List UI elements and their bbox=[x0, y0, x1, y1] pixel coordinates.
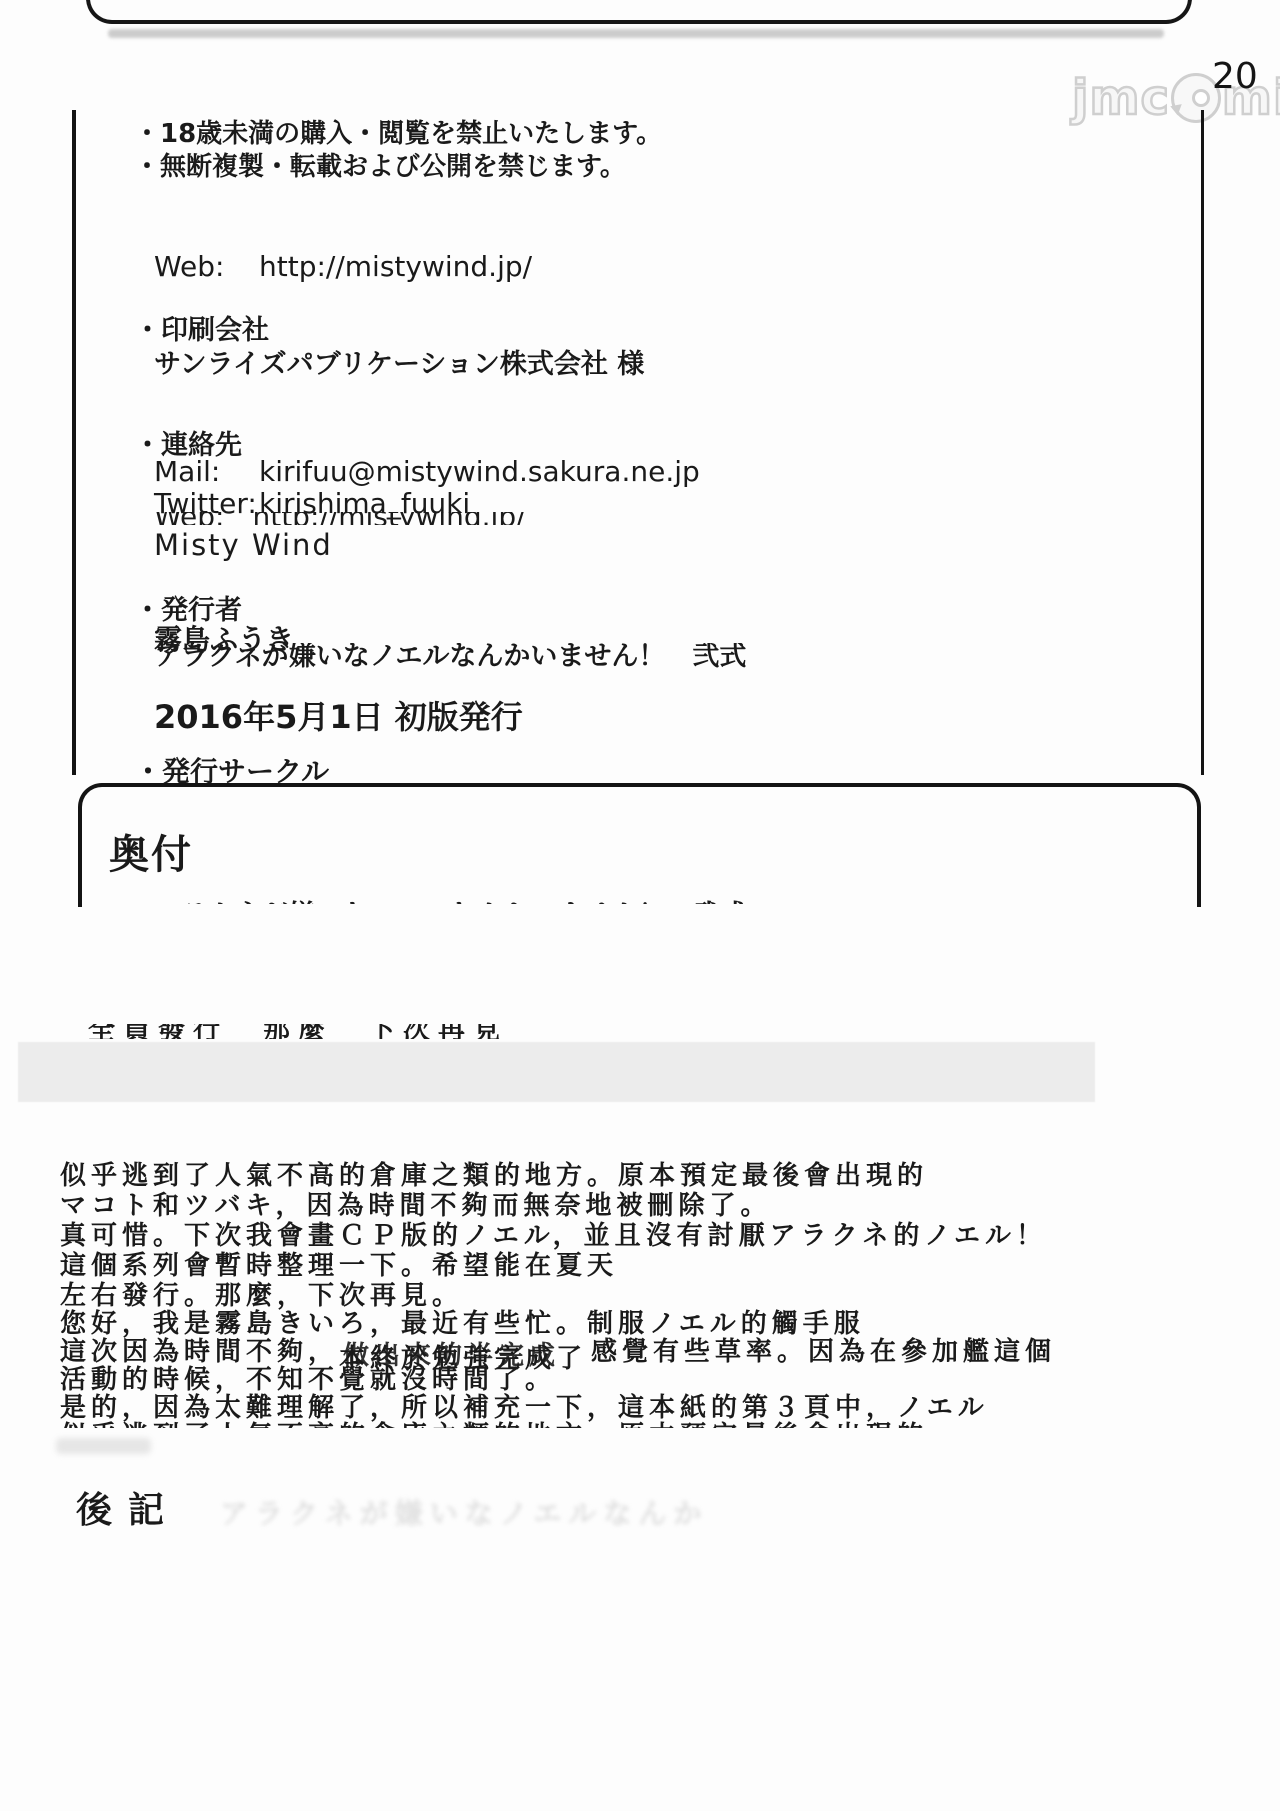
printer-name: サンライズパブリケーション株式会社 様 bbox=[154, 342, 644, 381]
circle-name: Misty Wind bbox=[154, 528, 333, 562]
overlap-suffix: 感覺有些草率。因為在參加艦這個 bbox=[591, 1337, 1056, 1367]
sliced-text-sliver: 全員發行 那麼 下次再見 bbox=[88, 1024, 608, 1039]
erased-ghost-text: アラクネが嫌いなノエルなんか bbox=[220, 1492, 708, 1532]
mail-label: Mail: bbox=[154, 455, 259, 488]
publication-date: 2016年5月1日 初版発行 bbox=[154, 692, 523, 738]
afterword-clipped-line: 似乎逃到了人氣不高的倉庫之類的地方。原本預定最後會出現的 bbox=[60, 1415, 1060, 1428]
top-box-edge-shadow bbox=[108, 29, 1164, 38]
notice-line-copy: ・無断複製・転載および公開を禁じます。 bbox=[134, 146, 626, 183]
okuzuke-heading: 奥付 bbox=[109, 823, 193, 880]
scan-smudge bbox=[56, 1438, 151, 1454]
okuzuke-book-title-clipped: アラクネが嫌いなノエルなんかいません！ 弐式 bbox=[154, 893, 834, 904]
page-number: 20 bbox=[1212, 56, 1258, 97]
top-box-bottom-edge bbox=[86, 0, 1192, 24]
clipped-url-line: Web: http://mistywind.jp/ bbox=[154, 512, 714, 525]
web-label: Web: bbox=[154, 250, 259, 283]
web-row: Web:http://mistywind.jp/ bbox=[154, 250, 532, 283]
mail-row: Mail:kirifuu@mistywind.sakura.ne.jp bbox=[154, 455, 700, 488]
book-title-clipped: アラクネが嫌いなノエルなんかいません！ 弐式 bbox=[154, 643, 834, 668]
afterword-heading: 後記 bbox=[76, 1482, 180, 1533]
colophon-box: ・18歳未満の購入・閲覧を禁止いたします。 ・無断複製・転載および公開を禁じます… bbox=[72, 110, 1204, 775]
okuzuke-box: 奥付 アラクネが嫌いなノエルなんかいません！ 弐式 bbox=[78, 783, 1201, 907]
notice-line-age: ・18歳未満の購入・閲覧を禁止いたします。 bbox=[134, 113, 662, 150]
mail-address: kirifuu@mistywind.sakura.ne.jp bbox=[259, 455, 700, 488]
scanned-doujinshi-colophon-page: jmc mic 20 ・18歳未満の購入・閲覧を禁止いたします。 ・無断複製・転… bbox=[0, 0, 1280, 1811]
web-url: http://mistywind.jp/ bbox=[259, 250, 532, 283]
scan-gray-band bbox=[18, 1042, 1095, 1102]
